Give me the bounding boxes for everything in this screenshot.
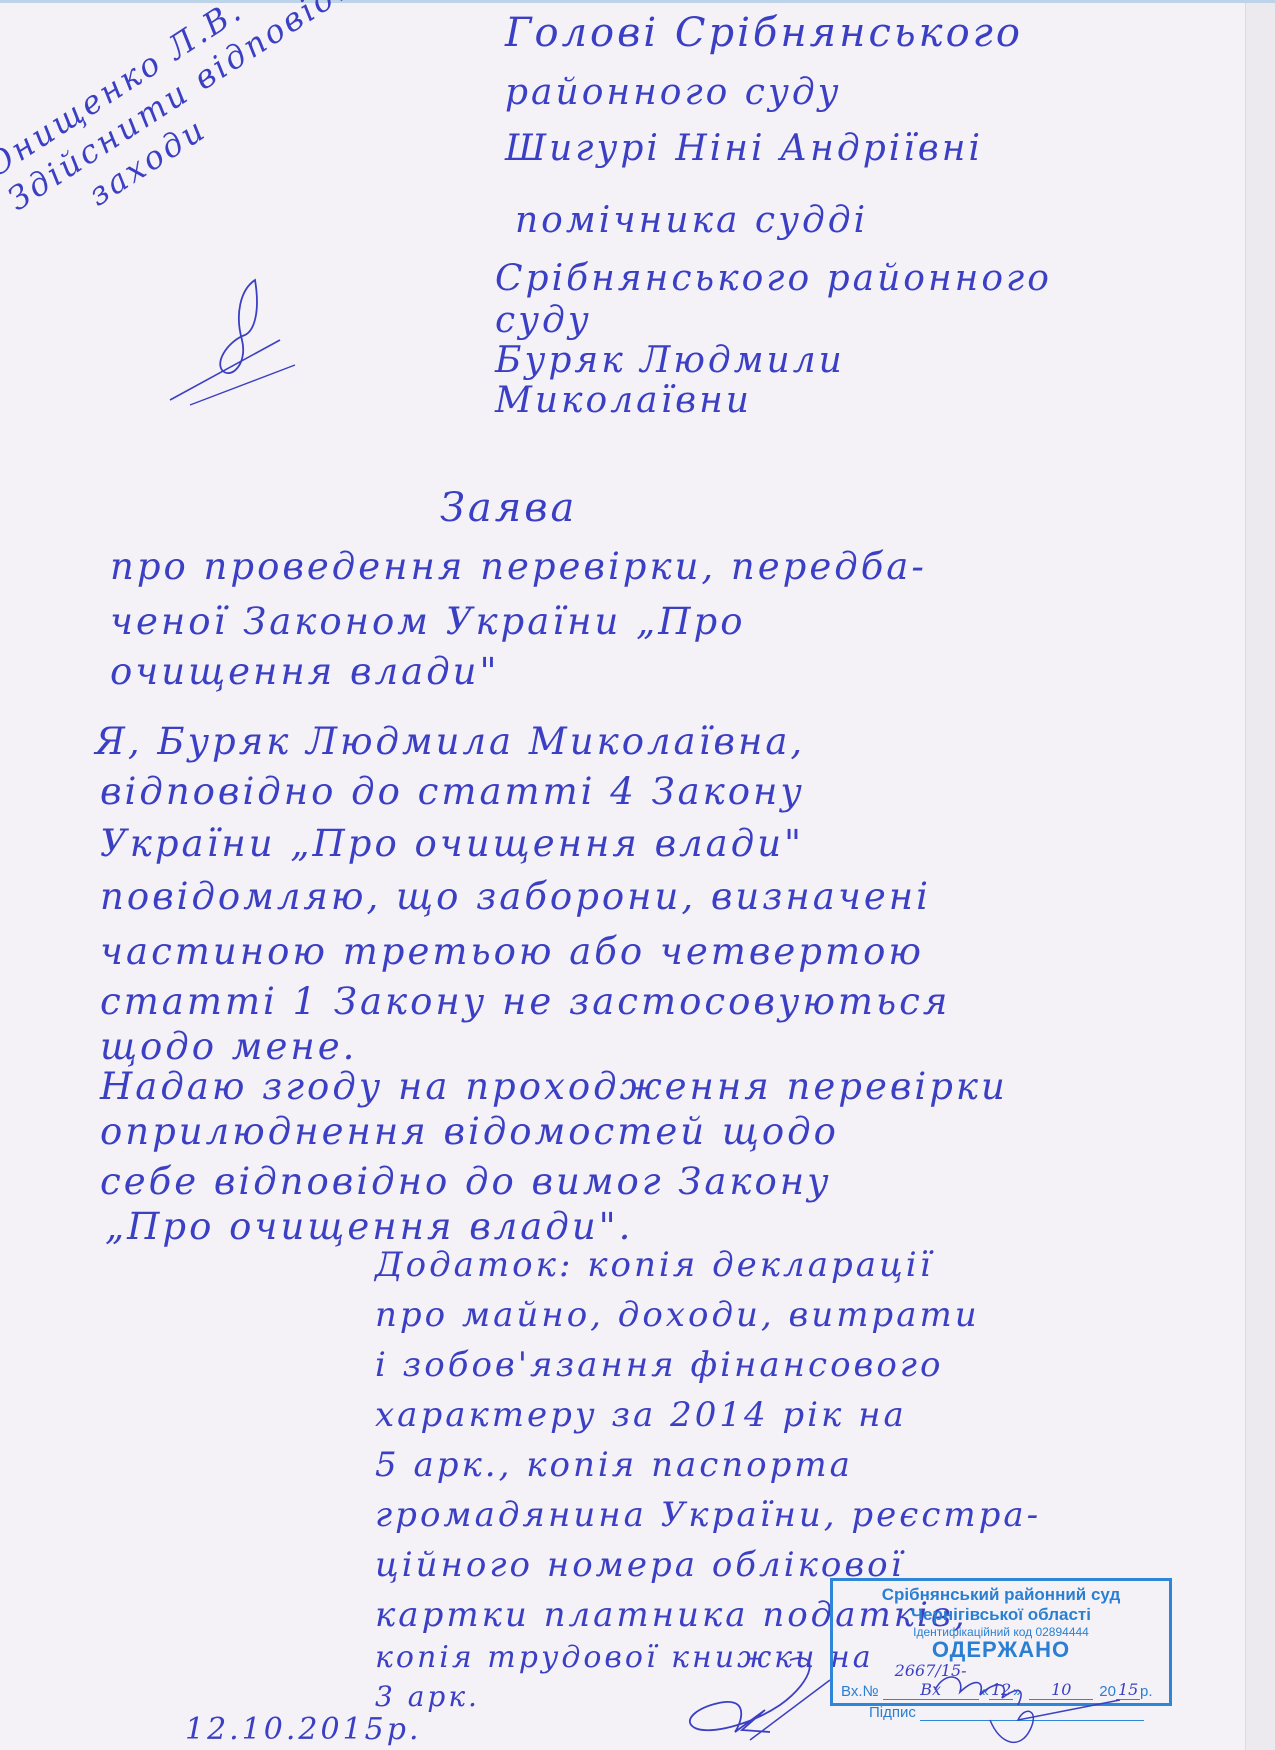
incoming-number-label: Вх.№ <box>841 1683 879 1700</box>
annex-line: Додаток: копія декларації <box>375 1245 933 1285</box>
scanner-edge <box>1245 0 1275 1750</box>
stamp-region: Чернігівської області <box>833 1605 1169 1625</box>
resolution-signature-icon <box>160 270 300 410</box>
scanner-top-strip <box>0 0 1275 3</box>
annex-line: характеру за 2014 рік на <box>375 1395 907 1435</box>
body-line: Я, Буряк Людмила Миколаївна, <box>95 720 805 763</box>
annex-line: 5 арк., копія паспорта <box>375 1445 853 1485</box>
annex-line: ційного номера облікової <box>375 1545 905 1585</box>
sender-line: Миколаївни <box>495 380 752 421</box>
body-line: України „Про очищення влади" <box>100 822 804 865</box>
body-line: Надаю згоду на проходження перевірки <box>100 1065 1008 1108</box>
subtitle-line: ченої Законом України „Про <box>110 600 746 643</box>
body-line: частиною третьою або четвертою <box>100 930 924 973</box>
sender-line: Срібнянського районного <box>495 258 1052 299</box>
addressee-line: Голові Срібнянського <box>505 10 1023 56</box>
body-line: відповідно до статті 4 Закону <box>100 770 805 813</box>
sender-line: Буряк Людмили <box>495 340 845 381</box>
application-date: 12.10.2015р. <box>185 1712 422 1747</box>
annex-line: про майно, доходи, витрати <box>375 1295 980 1335</box>
body-line: „Про очищення влади". <box>105 1205 633 1248</box>
annex-line: і зобов'язання фінансового <box>375 1345 943 1385</box>
annex-line: 3 арк. <box>375 1680 480 1713</box>
subtitle-line: очищення влади" <box>110 650 500 693</box>
incoming-year-unit: р. <box>1140 1683 1153 1700</box>
sender-line: суду <box>495 300 592 341</box>
stamp-court-name: Срібнянський районний суд <box>833 1585 1169 1605</box>
subtitle-line: про проведення перевірки, передба- <box>110 545 927 588</box>
document-title: Заява <box>440 485 577 531</box>
body-line: статті 1 Закону не застосовуються <box>100 980 950 1023</box>
stamp-status: ОДЕРЖАНО <box>833 1639 1169 1661</box>
body-line: повідомляю, що заборони, визначені <box>100 875 931 918</box>
addressee-line: районного суду <box>505 72 842 113</box>
addressee-line: Шигурі Ніні Андріївні <box>505 128 983 169</box>
signature-label: Підпис <box>869 1704 916 1721</box>
body-line: себе відповідно до вимог Закону <box>100 1160 832 1203</box>
annex-line: громадянина України, реєстра- <box>375 1495 1041 1535</box>
body-line: щодо мене. <box>100 1025 357 1068</box>
registrar-signature-icon <box>930 1670 1130 1750</box>
body-line: оприлюднення відомостей щодо <box>100 1110 839 1153</box>
sender-line: помічника судді <box>515 200 868 241</box>
